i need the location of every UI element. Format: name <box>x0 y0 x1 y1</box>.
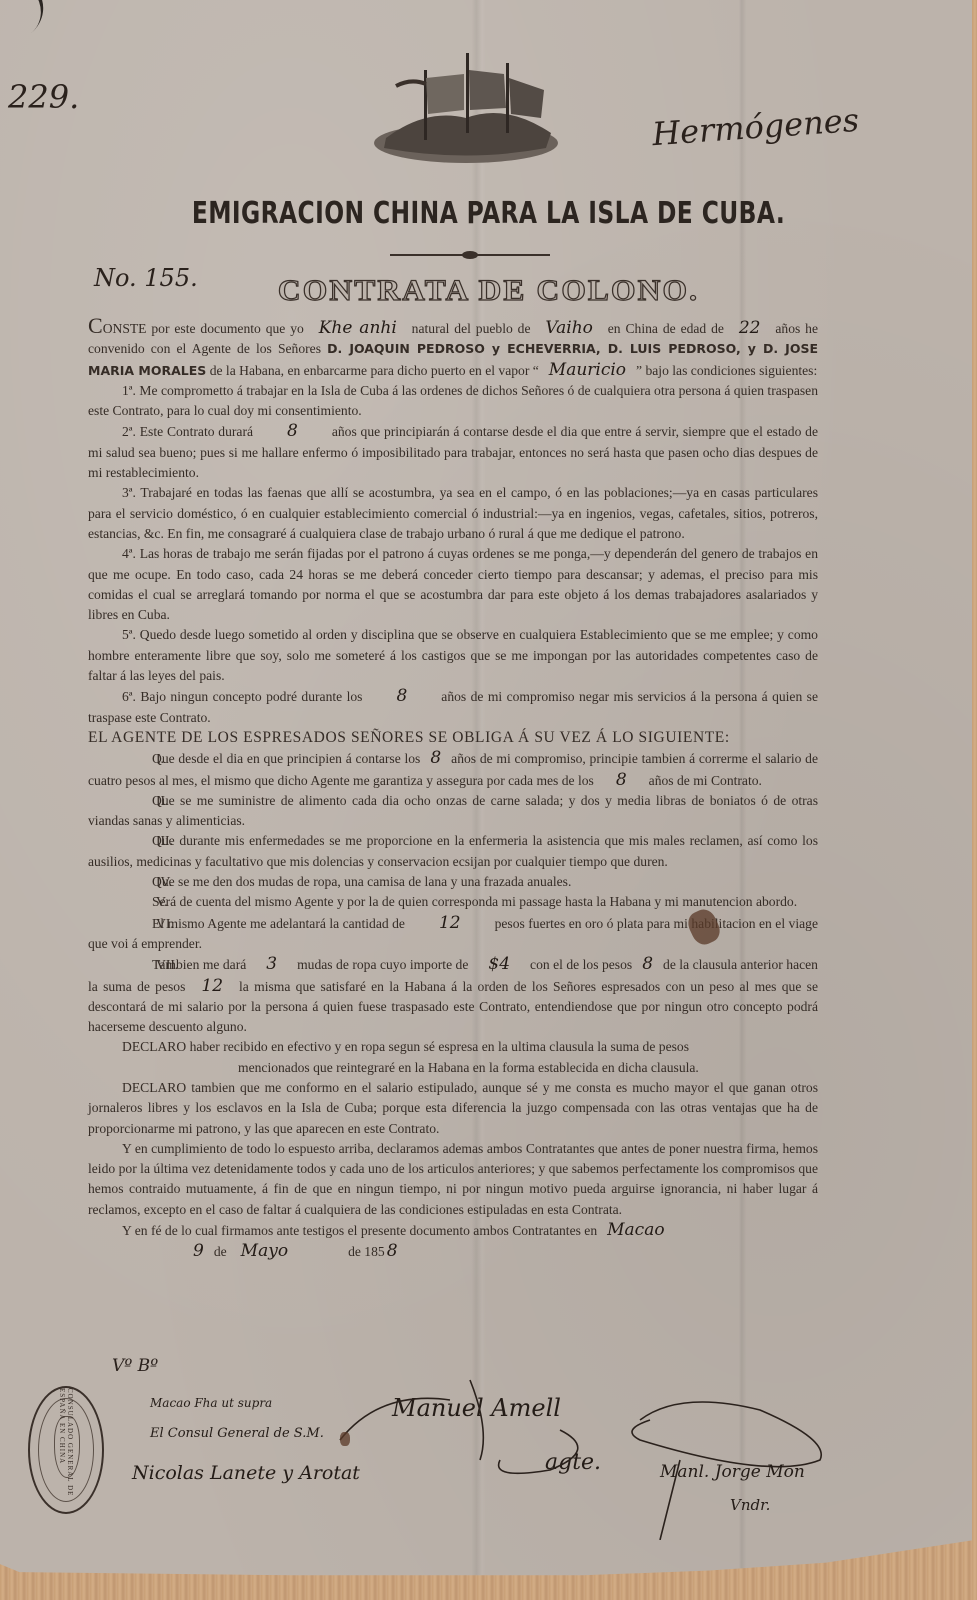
name-fill: Khe anhi <box>309 318 407 338</box>
clause-text: Me comprometto á trabajar en la Isla de … <box>88 383 818 418</box>
clause-text: El mismo Agente me adelantará la cantida… <box>152 916 405 931</box>
clause-6: 6ª. Bajo ningun concepto podré durante l… <box>88 686 818 728</box>
agent-clause-III: III.Que durante mis enfermedades se me p… <box>88 831 818 872</box>
clause-text: Tambien me dará <box>152 957 246 972</box>
declaro-1: DECLARO haber recibido en efectivo y en … <box>88 1037 818 1057</box>
amount-fill: $4 <box>468 954 530 974</box>
clause-text: haber recibido en efectivo y en ropa seg… <box>186 1039 689 1054</box>
years-fill: 8 <box>362 686 441 706</box>
clause-text: Quedo desde luego sometido al orden y di… <box>88 627 818 683</box>
month-fill: Mayo <box>227 1241 348 1261</box>
agent-clause-II: II.Que se me suministre de alimento cada… <box>88 791 818 832</box>
declaro-1-continued: mencionados que reintegraré en la Habana… <box>88 1058 818 1078</box>
intro-lead: ONSTE <box>103 321 147 336</box>
page-corner-shadow <box>0 0 56 54</box>
visto-bueno: Vº Bº <box>112 1356 158 1376</box>
clause-num: 4ª. <box>122 546 136 561</box>
clause-text: años de mi Contrato. <box>649 773 762 788</box>
age-fill: 22 <box>729 318 771 338</box>
clause-num: I. <box>122 749 152 769</box>
clause-1: 1ª. Me comprometto á trabajar en la Isla… <box>88 381 818 422</box>
seal-text: CONSULADO GENERAL DE ESPAÑA EN CHINA <box>30 1388 102 1512</box>
drop-cap: C <box>88 313 103 338</box>
intro-paragraph: CONSTE por este documento que yo Khe anh… <box>88 316 818 381</box>
clause-text: Que desde el dia en que principien á con… <box>152 751 420 766</box>
signature-flourish-icon <box>320 1370 620 1480</box>
town-fill: Vaiho <box>535 318 602 338</box>
date-line: 9deMayode 1858 <box>88 1241 818 1262</box>
consulate-seal-icon: CONSULADO GENERAL DE ESPAÑA EN CHINA <box>28 1386 104 1514</box>
closing-text: Y en fé de lo cual firmamos ante testigo… <box>122 1223 597 1238</box>
clause-text: tambien que me conformo en el salario es… <box>88 1080 818 1136</box>
clause-num: 6ª. <box>122 689 136 704</box>
count-fill: 3 <box>246 954 297 974</box>
witness-abbreviation: Vndr. <box>730 1496 770 1514</box>
clause-num: V. <box>122 892 152 912</box>
clause-5: 5ª. Quedo desde luego sometido al orden … <box>88 625 818 686</box>
witness-signature: Manl. Jorge Mon <box>660 1462 805 1482</box>
ship-fill: Mauricio <box>539 360 636 380</box>
clause-text: Que durante mis enfermedades se me propo… <box>88 833 818 868</box>
clause-2: 2ª. Este Contrato durará8años que princi… <box>88 421 818 483</box>
annotation-number: 229. <box>8 78 79 116</box>
clause-text: con el de los pesos <box>530 957 632 972</box>
ink-stain <box>340 1432 350 1446</box>
clause-text: Que se me den dos mudas de ropa, una cam… <box>152 874 571 889</box>
date-text: de 185 <box>348 1244 385 1259</box>
agent-clause-IV: IV.Que se me den dos mudas de ropa, una … <box>88 872 818 892</box>
clause-text: Bajo ningun concepto podré durante los <box>140 689 362 704</box>
closing-paragraph: Y en fé de lo cual firmamos ante testigo… <box>88 1220 818 1241</box>
consul-line-2: El Consul General de S.M. <box>150 1426 324 1441</box>
intro-text: natural del pueblo de <box>407 321 536 336</box>
annotation-name: Hermógenes <box>651 101 860 153</box>
clause-num: 3ª. <box>122 485 136 500</box>
intro-text: por este documento que yo <box>147 321 309 336</box>
document-title: EMIGRACION CHINA PARA LA ISLA DE CUBA. <box>107 196 869 231</box>
place-fill: Macao <box>597 1220 674 1240</box>
clause-num: VI. <box>122 914 152 934</box>
clause-num: 1ª. <box>122 383 136 398</box>
clause-num: II. <box>122 791 152 811</box>
years-fill: 8 <box>594 770 649 790</box>
clause-3: 3ª. Trabajaré en todas las faenas que al… <box>88 483 818 544</box>
years-fill: 8 <box>253 421 332 441</box>
consul-line-1: Macao Fha ut supra <box>150 1396 272 1410</box>
declaro-lead: DECLARO <box>122 1039 186 1054</box>
date-text: de <box>214 1244 227 1259</box>
amount-fill: 8 <box>632 954 663 974</box>
clause-num: 2ª. <box>122 424 136 439</box>
intro-text: de la Habana, en enbarcarme para dicho p… <box>206 363 539 378</box>
clause-text: mudas de ropa cuyo importe de <box>297 957 468 972</box>
day-fill: 9 <box>183 1241 214 1261</box>
ornamental-rule <box>390 254 550 256</box>
intro-text: en China de edad de <box>603 321 729 336</box>
contract-body: CONSTE por este documento que yo Khe anh… <box>88 316 818 1263</box>
clause-num: IV. <box>122 872 152 892</box>
clause-4: 4ª. Las horas de trabajo me serán fijada… <box>88 544 818 625</box>
clause-num: VII. <box>122 955 152 975</box>
contract-document: 229. Hermógenes No. 155. EMIGRACION CHIN… <box>0 0 972 1588</box>
amount-fill: 12 <box>405 913 495 933</box>
years-fill: 8 <box>420 748 451 768</box>
cumplimiento-paragraph: Y en cumplimiento de todo lo espuesto ar… <box>88 1139 818 1220</box>
clause-text: Será de cuenta del mismo Agente y por la… <box>152 894 797 909</box>
amount-fill: 12 <box>185 976 239 996</box>
agent-heading: EL AGENTE DE LOS ESPRESADOS SEÑORES SE O… <box>88 728 818 748</box>
clause-num: III. <box>122 831 152 851</box>
declaro-2: DECLARO tambien que me conformo en el sa… <box>88 1078 818 1139</box>
ship-engraving-icon <box>366 48 566 166</box>
intro-text: ” bajo las condiciones siguientes: <box>636 363 817 378</box>
document-subtitle: CONTRATA DE COLONO. <box>0 274 977 308</box>
clause-text: Trabajaré en todas las faenas que allí s… <box>88 485 818 541</box>
year-fill: 8 <box>385 1241 400 1261</box>
clause-text: Este Contrato durará <box>140 424 253 439</box>
agent-clause-VII: VII.Tambien me dará3mudas de ropa cuyo i… <box>88 954 818 1037</box>
clause-text: Las horas de trabajo me serán fijadas po… <box>88 546 818 622</box>
clause-text: Que se me suministre de alimento cada di… <box>88 793 818 828</box>
declaro-lead: DECLARO <box>122 1080 186 1095</box>
agent-clause-I: I.Que desde el dia en que principien á c… <box>88 748 818 791</box>
clause-num: 5ª. <box>122 627 136 642</box>
